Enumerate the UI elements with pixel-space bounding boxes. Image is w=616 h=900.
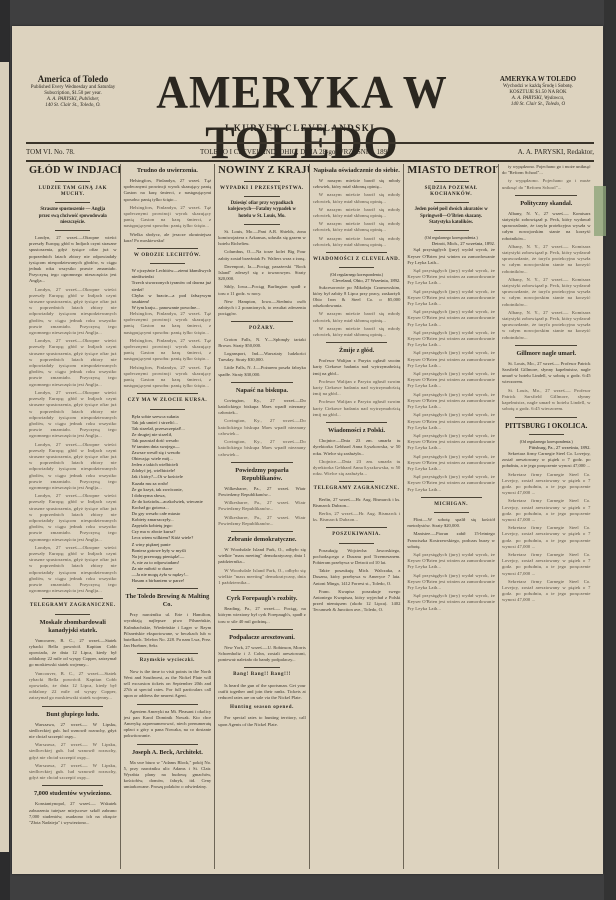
article-text: Sąd przysięgłych (jury) wydał wyrok, że … bbox=[407, 371, 495, 390]
article-text: Croton Falls, N. Y.—Spłonęły tartaki Bro… bbox=[218, 337, 306, 349]
article-heading: Bang! Bang!! Bang!!! bbox=[218, 672, 306, 678]
article-text: Albany, N. Y., 27 wrześ.— Komisarz staty… bbox=[502, 277, 591, 308]
article-text: W naszym mieście bawił się młody człowie… bbox=[313, 178, 401, 190]
ear-title: America of Toledo bbox=[28, 74, 118, 85]
newspaper-subtitle: I KURYER CLEVELANDSKI. bbox=[117, 123, 487, 133]
article-text: Albany, N. Y., 27 wrześ.— Komisarz staty… bbox=[502, 310, 591, 341]
article-text: Covington, Ky., 27 wrześ.—Do katolickieg… bbox=[218, 418, 306, 437]
dateline: TOM VI. No. 78. TOLEDO I CLEVELAND, OHIO… bbox=[26, 148, 594, 156]
deck: Jeden pośeł pośl dwóch akuratów w Spring… bbox=[413, 207, 489, 226]
subheadline: LUDZIE TAM GINĄ JAK MUCHY. bbox=[29, 186, 117, 198]
article-text: Now is the time to visit points in the N… bbox=[124, 669, 212, 700]
divider bbox=[231, 462, 292, 463]
poem-line: W tym kraju... panowanie powolne... bbox=[132, 305, 212, 311]
article-text: Covington, Ky., 27 wrześ.—Do katolickieg… bbox=[218, 439, 306, 458]
article-text: Sąd przysięgłych (jury) wydał wyrok, że … bbox=[407, 552, 495, 571]
article-heading: Bunt głupiego ludu. bbox=[29, 711, 117, 719]
divider bbox=[42, 785, 103, 786]
divider bbox=[55, 230, 90, 231]
divider bbox=[434, 230, 469, 231]
article-text: Albany, N. Y., 27 wrześ.— Komisarz staty… bbox=[502, 244, 591, 275]
article-text: Sekretarz firmy Carnegie Steel Co. Lovej… bbox=[502, 579, 591, 604]
article-text: Chojnice.—Dnia 23 zm. umarła tu dyrektor… bbox=[313, 459, 401, 478]
divider bbox=[421, 497, 482, 498]
poem: W ojczyźnie Lechitów—ziemi kłamliwych ni… bbox=[124, 268, 212, 311]
column-6: ty wypędzono. Pojechano go i może unikną… bbox=[499, 164, 594, 869]
masthead-right-ear: AMERYKA W TOLEDO Wychodzi w każdą Środę … bbox=[482, 74, 594, 108]
divider bbox=[515, 417, 577, 418]
article-heading: Trudno do uwierzenia. bbox=[124, 167, 212, 175]
article-heading: Cyrk Forepaugh's rozbity. bbox=[218, 595, 306, 603]
divider bbox=[231, 382, 292, 383]
article-text: Profesor Walijan z Paryża ogłasił swoim … bbox=[313, 379, 401, 398]
article-text: St. Louis, Mo., 27 wrześ.— Profesor Patr… bbox=[502, 388, 591, 413]
deck: Straszne spustoszenie — Anglja przez swą… bbox=[35, 207, 111, 226]
divider bbox=[137, 248, 198, 249]
divider bbox=[55, 202, 90, 203]
divider bbox=[55, 614, 90, 615]
article-text: Is heard the gun of the sportsman. Get y… bbox=[218, 683, 306, 702]
article-text: Vancouver, B. C., 27 wrześ.—Statek rybac… bbox=[29, 671, 117, 702]
article-heading: The Toledo Brewing & Malting Co. bbox=[124, 593, 212, 609]
article-text: Sekretarz firmy Carnegie Steel Co. Lovej… bbox=[502, 472, 591, 497]
article-heading: Żmije z głód. bbox=[313, 347, 401, 355]
article-text: Helsingfors, Finlandya, 27 wrześ. Tąż sp… bbox=[124, 205, 212, 230]
article-text: Albany, N. Y., 27 wrześ.— Komisarz staty… bbox=[502, 211, 591, 242]
article-text: Berlin, 27 wrześ.—Hr. Aug. Bismarck i ks… bbox=[313, 511, 401, 523]
article-heading: Wiadomości z Polski. bbox=[313, 427, 401, 435]
article-text: Wilkesbarre, Pa., 27 wrześ. Wiatr Powied… bbox=[218, 500, 306, 512]
divider bbox=[137, 744, 198, 745]
article-text: St. Louis, Mo., 27 wrześ.— Profesor Patr… bbox=[502, 361, 591, 386]
headline: GŁÓD W INDJACH bbox=[29, 164, 117, 177]
masthead-left-ear: America of Toledo Published Every Wednes… bbox=[28, 74, 118, 109]
article-text: W naszym mieście bawił się młody człowie… bbox=[313, 192, 401, 204]
poem-line: Trzech stworzonych tyranów od dawna już … bbox=[132, 280, 212, 292]
article-text: Wilkesbarre, Pa., 27 wrześ. Wiatr Powied… bbox=[218, 515, 306, 527]
article-text: Davenport, Ia.—Pociąg pasażerski "Rock I… bbox=[218, 264, 306, 283]
ear-line: 140 St. Clair St., Toledo, O. bbox=[28, 103, 118, 109]
article-text: Wielka słodycz, ale jeszcze okrutniejsza… bbox=[124, 232, 212, 244]
poem-line: Hasam z birbantem w parze! bbox=[132, 578, 212, 584]
article-text: Sąd przysięgłych (jury) wydał wyrok, że … bbox=[407, 593, 495, 612]
article-text: Sąd przysięgłych (jury) wydał wyrok, że … bbox=[407, 392, 495, 411]
article-text: Franc. Kwapisz poszukuje swego Antoniego… bbox=[313, 589, 401, 614]
article-heading: Polityczny skandal. bbox=[502, 200, 591, 208]
article-text: Helsingfors, Finlandya, 27 wrześ. Tąż sp… bbox=[124, 338, 212, 363]
article-text: Sekretarz firmy Carnegie Steel Co. Lovej… bbox=[502, 552, 591, 577]
article-text: Londyn, 27 wrześ.—Okropne wieści przeszł… bbox=[29, 287, 117, 337]
article-text: Chojnice.—Dnia 23 zm. umarła tu dyrektor… bbox=[313, 438, 401, 457]
article-text: Sukcesorowie po Mikołaju Czarnowskim, kt… bbox=[313, 285, 401, 310]
article-heading: Moskale zbombardowali kanadyjski statek. bbox=[29, 619, 117, 635]
divider bbox=[137, 704, 198, 705]
column-3: NOWINY Z KRAJU WYPADKI I PRZESTĘPSTWA. D… bbox=[215, 164, 310, 869]
article-heading: 7,000 studentów wywieziono. bbox=[29, 790, 117, 798]
article-text: W Woodsdale Island Park, O., odbyło się … bbox=[218, 547, 306, 566]
subheadline: WYPADKI I PRZESTĘPSTWA. bbox=[218, 186, 306, 192]
poem: Była sobie szewca suknia Tak jak umieć i… bbox=[124, 414, 212, 585]
article-text: Manistee.—Piorun zabił 15-letniego Franc… bbox=[407, 531, 495, 550]
section-heading: CZY MA W ZŁOCIE KURSA. bbox=[124, 398, 212, 404]
divider bbox=[434, 181, 469, 182]
section-heading: POŻARY. bbox=[218, 326, 306, 332]
divider bbox=[42, 598, 103, 599]
article-text: Sąd przysięgłych (jury) wydał wyrok, że … bbox=[407, 412, 495, 431]
divider bbox=[231, 531, 292, 532]
article-heading: Napaść na biskupa. bbox=[218, 387, 306, 395]
article-text: Sąd przysięgłych (jury) wydał wyrok, że … bbox=[407, 268, 495, 287]
article-text: Vancouver, B. C., 27 wrześ.—Statek rybac… bbox=[29, 638, 117, 669]
article-text: Little Falls, N. J.—Pożarem poszła fabry… bbox=[218, 365, 306, 377]
article-text: Konstantynopol, 27 wrześ.— Wskutek zabur… bbox=[29, 801, 117, 826]
section-heading: W OBOZIE LECHITÓW. bbox=[124, 253, 212, 259]
article-text: Ma swe biuro w "Adams Block," pokój No. … bbox=[124, 760, 212, 791]
divider bbox=[244, 196, 279, 197]
divider bbox=[339, 481, 374, 482]
article-text: Sekretarz firmy Carnegie Steel Co. Lovej… bbox=[502, 498, 591, 523]
poem-line: Chyba w bracie—a pod fałszywym tasakiem! bbox=[132, 293, 212, 305]
article-text: Warszawa, 27 wrześ.— W Lipsku, siedlceck… bbox=[29, 742, 117, 761]
article-text: Helsingfors, Finlandya, 27 wrześ. Tąż sp… bbox=[124, 178, 212, 203]
divider bbox=[231, 321, 292, 322]
volume-number: TOM VI. No. 78. bbox=[26, 148, 75, 156]
divider bbox=[434, 512, 469, 513]
column-2: Trudno do uwierzenia. Helsingfors, Finla… bbox=[121, 164, 216, 869]
divider bbox=[244, 224, 279, 225]
divider bbox=[150, 409, 185, 410]
article-text: Londyn, 27 wrześ.—Okropne wieści przeszł… bbox=[29, 442, 117, 492]
article-text: Warszawa, 27 wrześ.— W Lipsku, siedlceck… bbox=[29, 763, 117, 782]
section-heading: WIADOMOŚCI Z CLEVELAND. bbox=[313, 257, 401, 263]
article-text: Sąd przysięgłych (jury) wydał wyrok, że … bbox=[407, 474, 495, 493]
article-text: Covington, Ky., 27 wrześ.—Do katolickieg… bbox=[218, 398, 306, 417]
article-text: New Hampton, Iowa.—Siedmiu osób zabitych… bbox=[218, 299, 306, 318]
section-heading: TELEGRAMY ZAGRANICZNE. bbox=[29, 603, 117, 609]
article-text: Sekretarz firmy Carnegie Steel Co. Lovej… bbox=[502, 451, 591, 470]
article-text: W naszym mieście bawił się młody człowie… bbox=[313, 311, 401, 323]
article-text: Także poszukuję Mich. Walczaka, z Dusznu… bbox=[313, 568, 401, 587]
article-text: Londyn, 27 wrześ.—Okropne wieści przeszł… bbox=[29, 493, 117, 543]
section-heading: TELEGRAMY ZAGRANICZNE. bbox=[313, 486, 401, 492]
article-text: Sąd przysięgłych (jury) wydał wyrok, że … bbox=[407, 247, 495, 266]
article-text: W naszym mieście bawił się młody człowie… bbox=[313, 326, 401, 338]
article-text: Profesor Walijan z Paryża ogłasił swoim … bbox=[313, 358, 401, 377]
article-heading: Napisała oświadczenie do siebie. bbox=[313, 167, 401, 175]
divider bbox=[231, 629, 292, 630]
article-text: Profesor Walijan z Paryża ogłasił swoim … bbox=[313, 399, 401, 418]
divider bbox=[529, 434, 564, 435]
article-text: W naszym mieście bawił się młody człowie… bbox=[313, 207, 401, 219]
masthead-rule bbox=[26, 142, 594, 144]
masthead: America of Toledo Published Every Wednes… bbox=[12, 26, 603, 146]
deck: Dziesięć ofiar przy wypadkach kolejowych… bbox=[224, 201, 300, 220]
ear-title: AMERYKA W TOLEDO bbox=[482, 74, 594, 84]
article-text: Sibly, Iowa—Pociąg Burlington spadł z to… bbox=[218, 284, 306, 296]
article-text: Londyn, 27 wrześ.—Okropne wieści przeszł… bbox=[29, 390, 117, 440]
divider bbox=[244, 667, 279, 668]
article-text: Berlin, 27 wrześ.—Hr. Aug. Bismarck i ks… bbox=[313, 497, 401, 509]
article-text: Przy narożniku ul. Erie i Hamilton, wyra… bbox=[124, 612, 212, 649]
article-text: Helsingfors, Finlandya, 27 wrześ. Tąż sp… bbox=[124, 311, 212, 336]
poem-line: W ojczyźnie Lechitów—ziemi kłamliwych ni… bbox=[132, 268, 212, 280]
article-text: Sąd przysięgłych (jury) wydał wyrok, że … bbox=[407, 350, 495, 369]
article-text: Warszawa, 27 wrześ.— W Lipsku, siedlceck… bbox=[29, 722, 117, 741]
viewer-right-edge bbox=[604, 0, 616, 900]
divider bbox=[326, 422, 387, 423]
article-text: St. Louis, Mo.—Pani A.R. Shields, żona k… bbox=[218, 229, 306, 248]
column-1: GŁÓD W INDJACH LUDZIE TAM GINĄ JAK MUCHY… bbox=[26, 164, 121, 869]
divider bbox=[55, 181, 90, 182]
divider bbox=[244, 181, 279, 182]
article-text: Agentem Ameryki na Mt. Pleasant i okolic… bbox=[124, 709, 212, 740]
article-text: W Woodsdale Island Park, O., odbyło się … bbox=[218, 568, 306, 587]
divider bbox=[326, 527, 387, 528]
article-text: ty wypędzono. Pojechano go i może unikną… bbox=[502, 164, 591, 176]
divider bbox=[137, 393, 198, 394]
editor-name: A. A. PARYSKI, Redaktor, bbox=[518, 148, 594, 156]
newspaper-page: America of Toledo Published Every Wednes… bbox=[12, 26, 603, 874]
section-headline: PITTSBURG I OKOLICA. bbox=[502, 422, 591, 430]
article-text: Flint.—W sobotę spalił się kościół metod… bbox=[407, 517, 495, 529]
article-text: Londyn, 27 wrześ.—Okropne wieści przeszł… bbox=[29, 338, 117, 388]
divider bbox=[137, 588, 198, 589]
column-5: MIASTO DETROIT SĘDZIA POZEWAŁ KOCHANKÓW.… bbox=[404, 164, 499, 869]
article-heading: Powiedzmy poparła Republikanów. bbox=[218, 467, 306, 483]
article-heading: Podpalacze aresztowani. bbox=[218, 634, 306, 642]
divider bbox=[326, 252, 387, 253]
headline: NOWINY Z KRAJU bbox=[218, 164, 306, 177]
divider bbox=[231, 590, 292, 591]
article-text: Sąd przysięgłych (jury) wydał wyrok, że … bbox=[407, 433, 495, 452]
article-heading: Joseph A. Beck, Architekt. bbox=[124, 749, 212, 757]
article-text: Sekretarz firmy Carnegie Steel Co. Lovej… bbox=[502, 525, 591, 550]
article-text: Londyn, 27 wrześ.—Okropne wieści przeszł… bbox=[29, 545, 117, 595]
divider bbox=[150, 263, 185, 264]
article-heading: Zebranie demokratyczne. bbox=[218, 536, 306, 544]
masthead-rule bbox=[26, 160, 594, 162]
article-text: Reading, Pa., 27 wrześ.— Pociąg, na któr… bbox=[218, 606, 306, 625]
article-text: Helsingfors, Finlandya, 27 wrześ. Tąż sp… bbox=[124, 365, 212, 390]
article-text: Wilkesbarre, Pa., 27 wrześ. Wiatr Powied… bbox=[218, 486, 306, 498]
issue-date: TOLEDO I CLEVELAND, OHIO, DNIA 28-go WRZ… bbox=[200, 148, 392, 156]
article-text: For special rates to hunting territory, … bbox=[218, 715, 306, 727]
article-text: Sąd przysięgłych (jury) wydał wyrok, że … bbox=[407, 573, 495, 592]
article-text: W naszym mieście bawił się młody człowie… bbox=[313, 236, 401, 248]
adjacent-page-edge bbox=[0, 62, 9, 852]
article-text: Logansport, Ind.—Warsztaty ludzkości Tue… bbox=[218, 351, 306, 363]
article-text: Sąd przysięgłych (jury) wydał wyrok, że … bbox=[407, 309, 495, 328]
divider bbox=[339, 267, 374, 268]
divider bbox=[339, 543, 374, 544]
article-text: Columbus, O.—Na torze kolei Big Four zab… bbox=[218, 249, 306, 261]
article-text: Poszukuję Wojciecha Jaworskiego, pochodz… bbox=[313, 548, 401, 567]
divider bbox=[434, 202, 469, 203]
divider bbox=[42, 706, 103, 707]
article-text: New York, 27 wrześ.—U. Robinson, Morris … bbox=[218, 645, 306, 664]
divider bbox=[326, 342, 387, 343]
article-text: W naszym mieście bawił się młody człowie… bbox=[313, 221, 401, 233]
article-text: Londyn, 27 wrześ.—Okropne wieści przeszł… bbox=[29, 235, 117, 285]
column-4: Napisała oświadczenie do siebie. W naszy… bbox=[310, 164, 405, 869]
library-stamp bbox=[594, 186, 606, 236]
headline: MIASTO DETROIT bbox=[407, 164, 495, 177]
article-heading: Hunting season opened. bbox=[218, 705, 306, 711]
article-heading: Rzymskie wycieczki. bbox=[124, 658, 212, 664]
divider bbox=[515, 195, 577, 196]
columns: GŁÓD W INDJACH LUDZIE TAM GINĄ JAK MUCHY… bbox=[26, 164, 594, 869]
article-text: ty wypędzono. Pojechano go i może unikną… bbox=[502, 178, 591, 190]
article-text: Sąd przysięgłych (jury) wydał wyrok, że … bbox=[407, 330, 495, 349]
article-text: Sąd przysięgłych (jury) wydał wyrok, że … bbox=[407, 454, 495, 473]
subheadline: SĘDZIA POZEWAŁ KOCHANKÓW. bbox=[407, 186, 495, 198]
article-heading: Gillmore nagle umarł. bbox=[502, 350, 591, 358]
divider bbox=[137, 653, 198, 654]
section-heading: MICHIGAN. bbox=[407, 502, 495, 508]
divider bbox=[515, 345, 577, 346]
ear-line: 140 St. Clair St., Toledo, O bbox=[482, 102, 594, 108]
section-heading: POSZUKIWANIA. bbox=[313, 532, 401, 538]
article-text: Sąd przysięgłych (jury) wydał wyrok, że … bbox=[407, 289, 495, 308]
